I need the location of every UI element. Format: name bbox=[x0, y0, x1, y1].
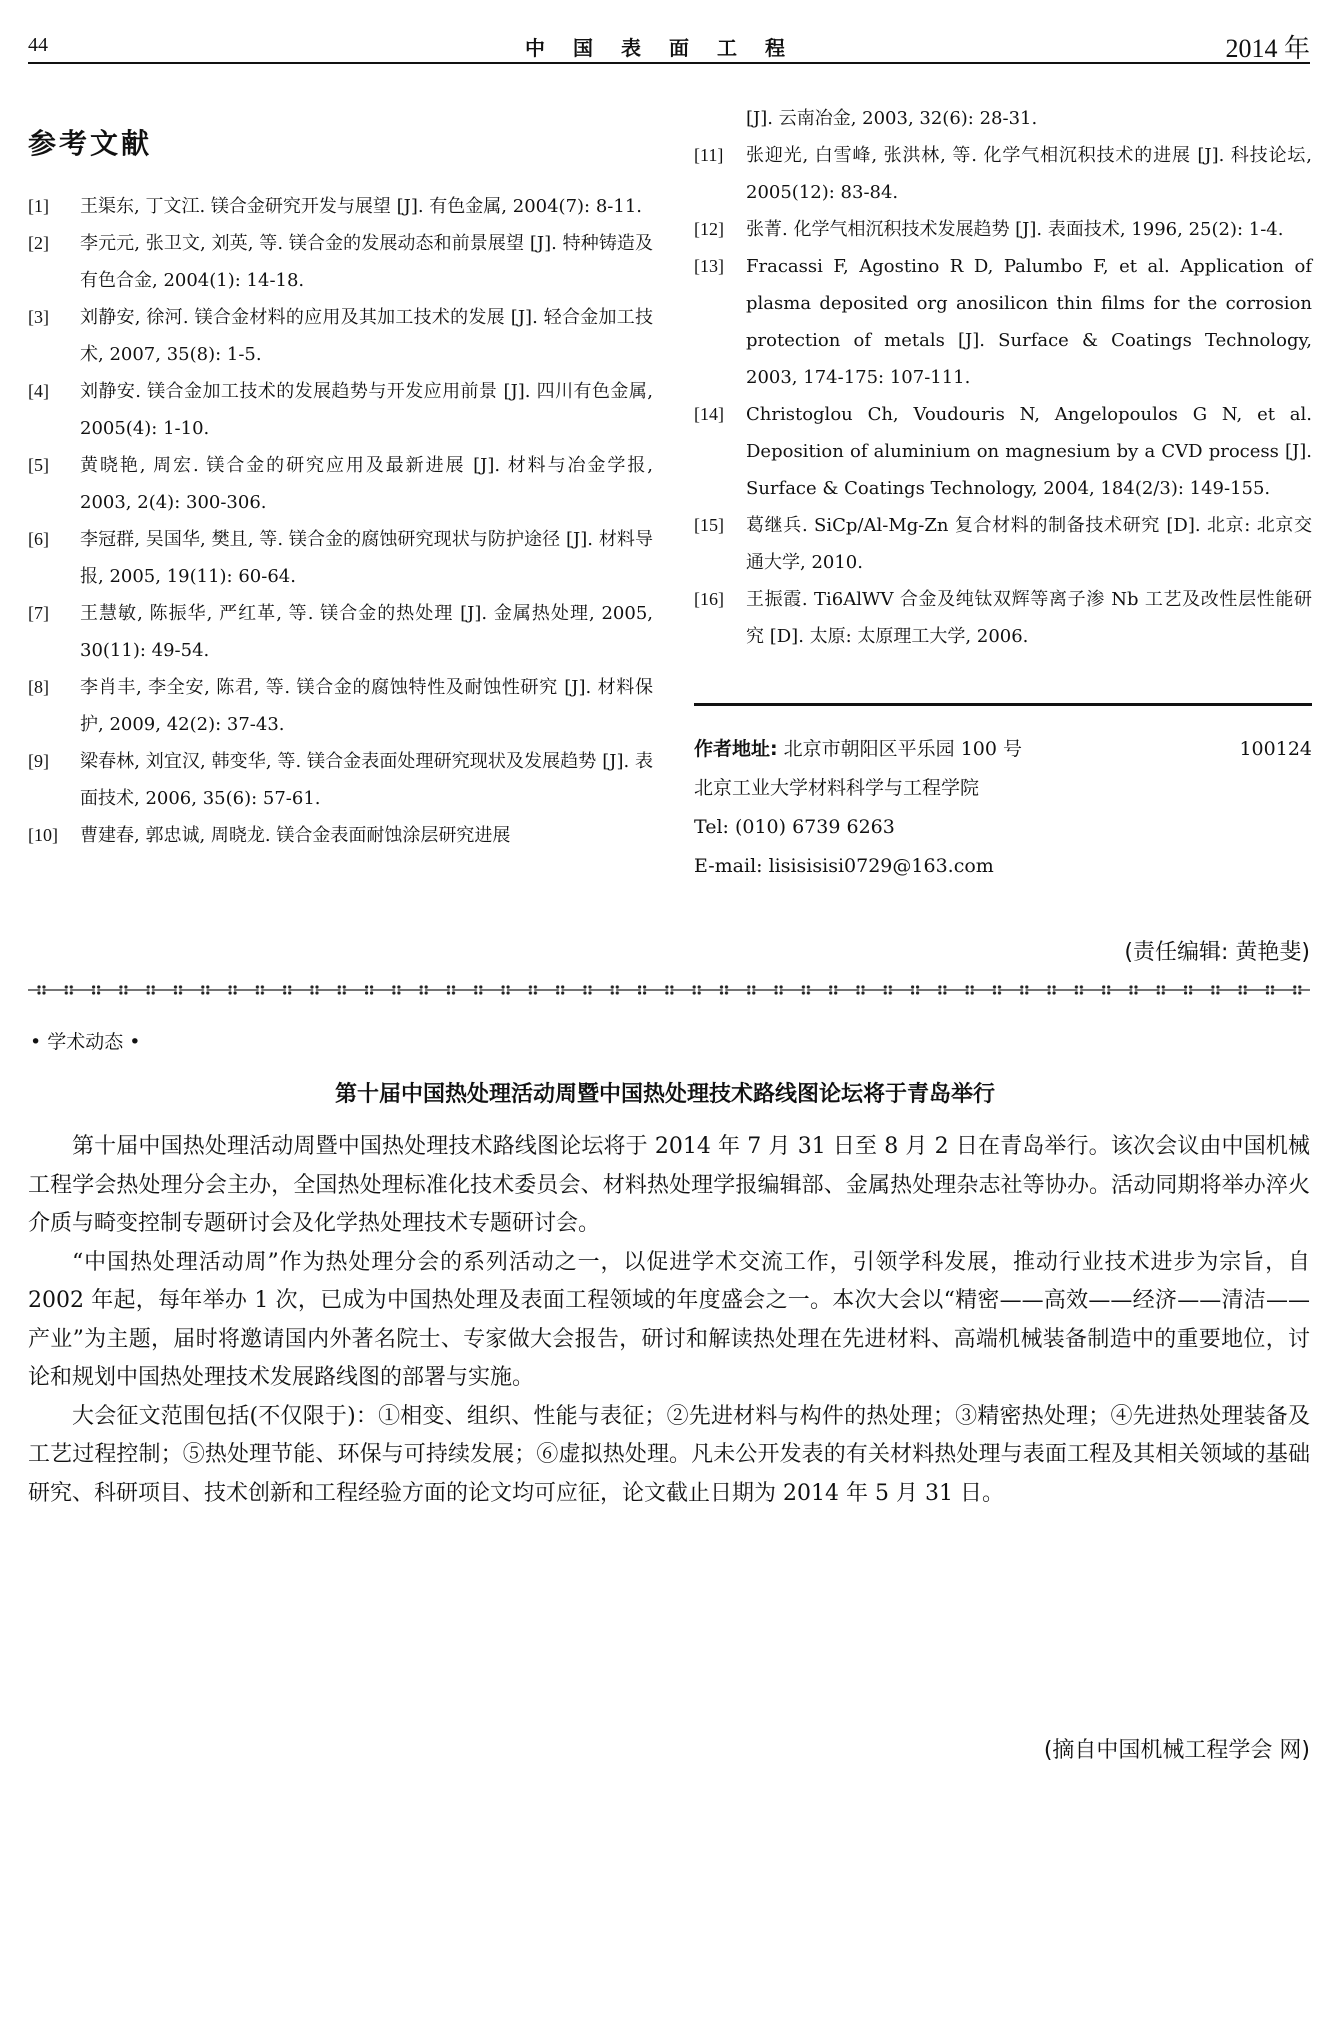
address-label: 作者地址: bbox=[694, 738, 778, 760]
references-right-column: [J]. 云南冶金, 2003, 32(6): 28-31. [11]张迎光, … bbox=[694, 100, 1312, 655]
reference-text: Fracassi F, Agostino R D, Palumbo F, et … bbox=[746, 248, 1312, 396]
article-body: 第十届中国热处理活动周暨中国热处理技术路线图论坛将于 2014 年 7 月 31… bbox=[28, 1128, 1310, 1513]
ornamental-divider bbox=[28, 982, 1310, 998]
reference-number: [5] bbox=[28, 447, 49, 484]
reference-text: 黄晓艳, 周宏. 镁合金的研究应用及最新进展 [J]. 材料与冶金学报, 200… bbox=[80, 447, 653, 521]
issue-year: 2014 年 bbox=[1225, 28, 1310, 65]
email[interactable]: E-mail: lisisisisi0729@163.com bbox=[694, 847, 1312, 886]
reference-item: [5]黄晓艳, 周宏. 镁合金的研究应用及最新进展 [J]. 材料与冶金学报, … bbox=[28, 447, 653, 521]
reference-text: 张菁. 化学气相沉积技术发展趋势 [J]. 表面技术, 1996, 25(2):… bbox=[746, 211, 1312, 248]
reference-number: [6] bbox=[28, 521, 49, 558]
journal-title: 中国表面工程 bbox=[28, 32, 1310, 61]
reference-number: [10] bbox=[28, 817, 58, 854]
reference-text: 王振霞. Ti6AlWV 合金及纯钛双辉等离子渗 Nb 工艺及改性层性能研究 [… bbox=[746, 581, 1312, 655]
references-heading: 参考文献 bbox=[28, 122, 152, 162]
reference-number: [14] bbox=[694, 396, 724, 433]
address-separator-rule bbox=[694, 703, 1312, 706]
reference-text: 刘静安. 镁合金加工技术的发展趋势与开发应用前景 [J]. 四川有色金属, 20… bbox=[80, 373, 653, 447]
reference-text: 梁春林, 刘宜汉, 韩变华, 等. 镁合金表面处理研究现状及发展趋势 [J]. … bbox=[80, 743, 653, 817]
article-source: (摘自中国机械工程学会 网) bbox=[1044, 1733, 1310, 1764]
reference-text: 葛继兵. SiCp/Al-Mg-Zn 复合材料的制备技术研究 [D]. 北京: … bbox=[746, 507, 1312, 581]
reference-number: [11] bbox=[694, 137, 723, 174]
address-value: 北京市朝阳区平乐园 100 号 bbox=[784, 738, 1022, 760]
editor-credit: (责任编辑: 黄艳斐) bbox=[1124, 935, 1310, 966]
reference-item: [7]王慧敏, 陈振华, 严红革, 等. 镁合金的热处理 [J]. 金属热处理,… bbox=[28, 595, 653, 669]
reference-number: [3] bbox=[28, 299, 49, 336]
reference-item: [4]刘静安. 镁合金加工技术的发展趋势与开发应用前景 [J]. 四川有色金属,… bbox=[28, 373, 653, 447]
reference-continuation: [J]. 云南冶金, 2003, 32(6): 28-31. bbox=[694, 100, 1312, 137]
reference-text: 张迎光, 白雪峰, 张洪林, 等. 化学气相沉积技术的进展 [J]. 科技论坛,… bbox=[746, 137, 1312, 211]
postal-code: 100124 bbox=[1239, 730, 1312, 769]
reference-item: [2]李元元, 张卫文, 刘英, 等. 镁合金的发展动态和前景展望 [J]. 特… bbox=[28, 225, 653, 299]
reference-number: [15] bbox=[694, 507, 724, 544]
page-header: 44 中国表面工程 2014 年 bbox=[28, 26, 1310, 64]
reference-text: 刘静安, 徐河. 镁合金材料的应用及其加工技术的发展 [J]. 轻合金加工技术,… bbox=[80, 299, 653, 373]
author-address: 作者地址: 北京市朝阳区平乐园 100 号 100124 北京工业大学材料科学与… bbox=[694, 730, 1312, 886]
reference-number: [4] bbox=[28, 373, 49, 410]
reference-item: [9]梁春林, 刘宜汉, 韩变华, 等. 镁合金表面处理研究现状及发展趋势 [J… bbox=[28, 743, 653, 817]
reference-number: [9] bbox=[28, 743, 49, 780]
reference-number: [8] bbox=[28, 669, 49, 706]
reference-number: [1] bbox=[28, 188, 49, 225]
reference-number: [13] bbox=[694, 248, 724, 285]
reference-number: [2] bbox=[28, 225, 49, 262]
reference-text: 李元元, 张卫文, 刘英, 等. 镁合金的发展动态和前景展望 [J]. 特种铸造… bbox=[80, 225, 653, 299]
reference-text: 李肖丰, 李全安, 陈君, 等. 镁合金的腐蚀特性及耐蚀性研究 [J]. 材料保… bbox=[80, 669, 653, 743]
reference-item: [13]Fracassi F, Agostino R D, Palumbo F,… bbox=[694, 248, 1312, 396]
reference-number: [16] bbox=[694, 581, 724, 618]
reference-item: [11]张迎光, 白雪峰, 张洪林, 等. 化学气相沉积技术的进展 [J]. 科… bbox=[694, 137, 1312, 211]
section-label: • 学术动态 • bbox=[30, 1027, 141, 1054]
reference-item: [15]葛继兵. SiCp/Al-Mg-Zn 复合材料的制备技术研究 [D]. … bbox=[694, 507, 1312, 581]
reference-text: 王渠东, 丁文江. 镁合金研究开发与展望 [J]. 有色金属, 2004(7):… bbox=[80, 188, 653, 225]
reference-number: [7] bbox=[28, 595, 49, 632]
article-paragraph: 第十届中国热处理活动周暨中国热处理技术路线图论坛将于 2014 年 7 月 31… bbox=[28, 1128, 1310, 1244]
institution: 北京工业大学材料科学与工程学院 bbox=[694, 769, 1312, 808]
reference-item: [14]Christoglou Ch, Voudouris N, Angelop… bbox=[694, 396, 1312, 507]
reference-text: Christoglou Ch, Voudouris N, Angelopoulo… bbox=[746, 396, 1312, 507]
reference-number: [12] bbox=[694, 211, 724, 248]
reference-item: [16]王振霞. Ti6AlWV 合金及纯钛双辉等离子渗 Nb 工艺及改性层性能… bbox=[694, 581, 1312, 655]
reference-text: 王慧敏, 陈振华, 严红革, 等. 镁合金的热处理 [J]. 金属热处理, 20… bbox=[80, 595, 653, 669]
address-row: 作者地址: 北京市朝阳区平乐园 100 号 100124 bbox=[694, 730, 1312, 769]
reference-item: [6]李冠群, 吴国华, 樊且, 等. 镁合金的腐蚀研究现状与防护途径 [J].… bbox=[28, 521, 653, 595]
article-paragraph: “中国热处理活动周”作为热处理分会的系列活动之一，以促进学术交流工作，引领学科发… bbox=[28, 1244, 1310, 1398]
reference-item: [10]曹建春, 郭忠诚, 周晓龙. 镁合金表面耐蚀涂层研究进展 bbox=[28, 817, 653, 854]
telephone: Tel: (010) 6739 6263 bbox=[694, 808, 1312, 847]
reference-text: 曹建春, 郭忠诚, 周晓龙. 镁合金表面耐蚀涂层研究进展 bbox=[80, 817, 653, 854]
references-left-column: [1]王渠东, 丁文江. 镁合金研究开发与展望 [J]. 有色金属, 2004(… bbox=[28, 188, 653, 854]
reference-item: [1]王渠东, 丁文江. 镁合金研究开发与展望 [J]. 有色金属, 2004(… bbox=[28, 188, 653, 225]
reference-item: [3]刘静安, 徐河. 镁合金材料的应用及其加工技术的发展 [J]. 轻合金加工… bbox=[28, 299, 653, 373]
reference-item: [12]张菁. 化学气相沉积技术发展趋势 [J]. 表面技术, 1996, 25… bbox=[694, 211, 1312, 248]
article-title: 第十届中国热处理活动周暨中国热处理技术路线图论坛将于青岛举行 bbox=[0, 1077, 1330, 1108]
article-paragraph: 大会征文范围包括(不仅限于)：①相变、组织、性能与表征；②先进材料与构件的热处理… bbox=[28, 1398, 1310, 1514]
reference-item: [8]李肖丰, 李全安, 陈君, 等. 镁合金的腐蚀特性及耐蚀性研究 [J]. … bbox=[28, 669, 653, 743]
reference-text: 李冠群, 吴国华, 樊且, 等. 镁合金的腐蚀研究现状与防护途径 [J]. 材料… bbox=[80, 521, 653, 595]
